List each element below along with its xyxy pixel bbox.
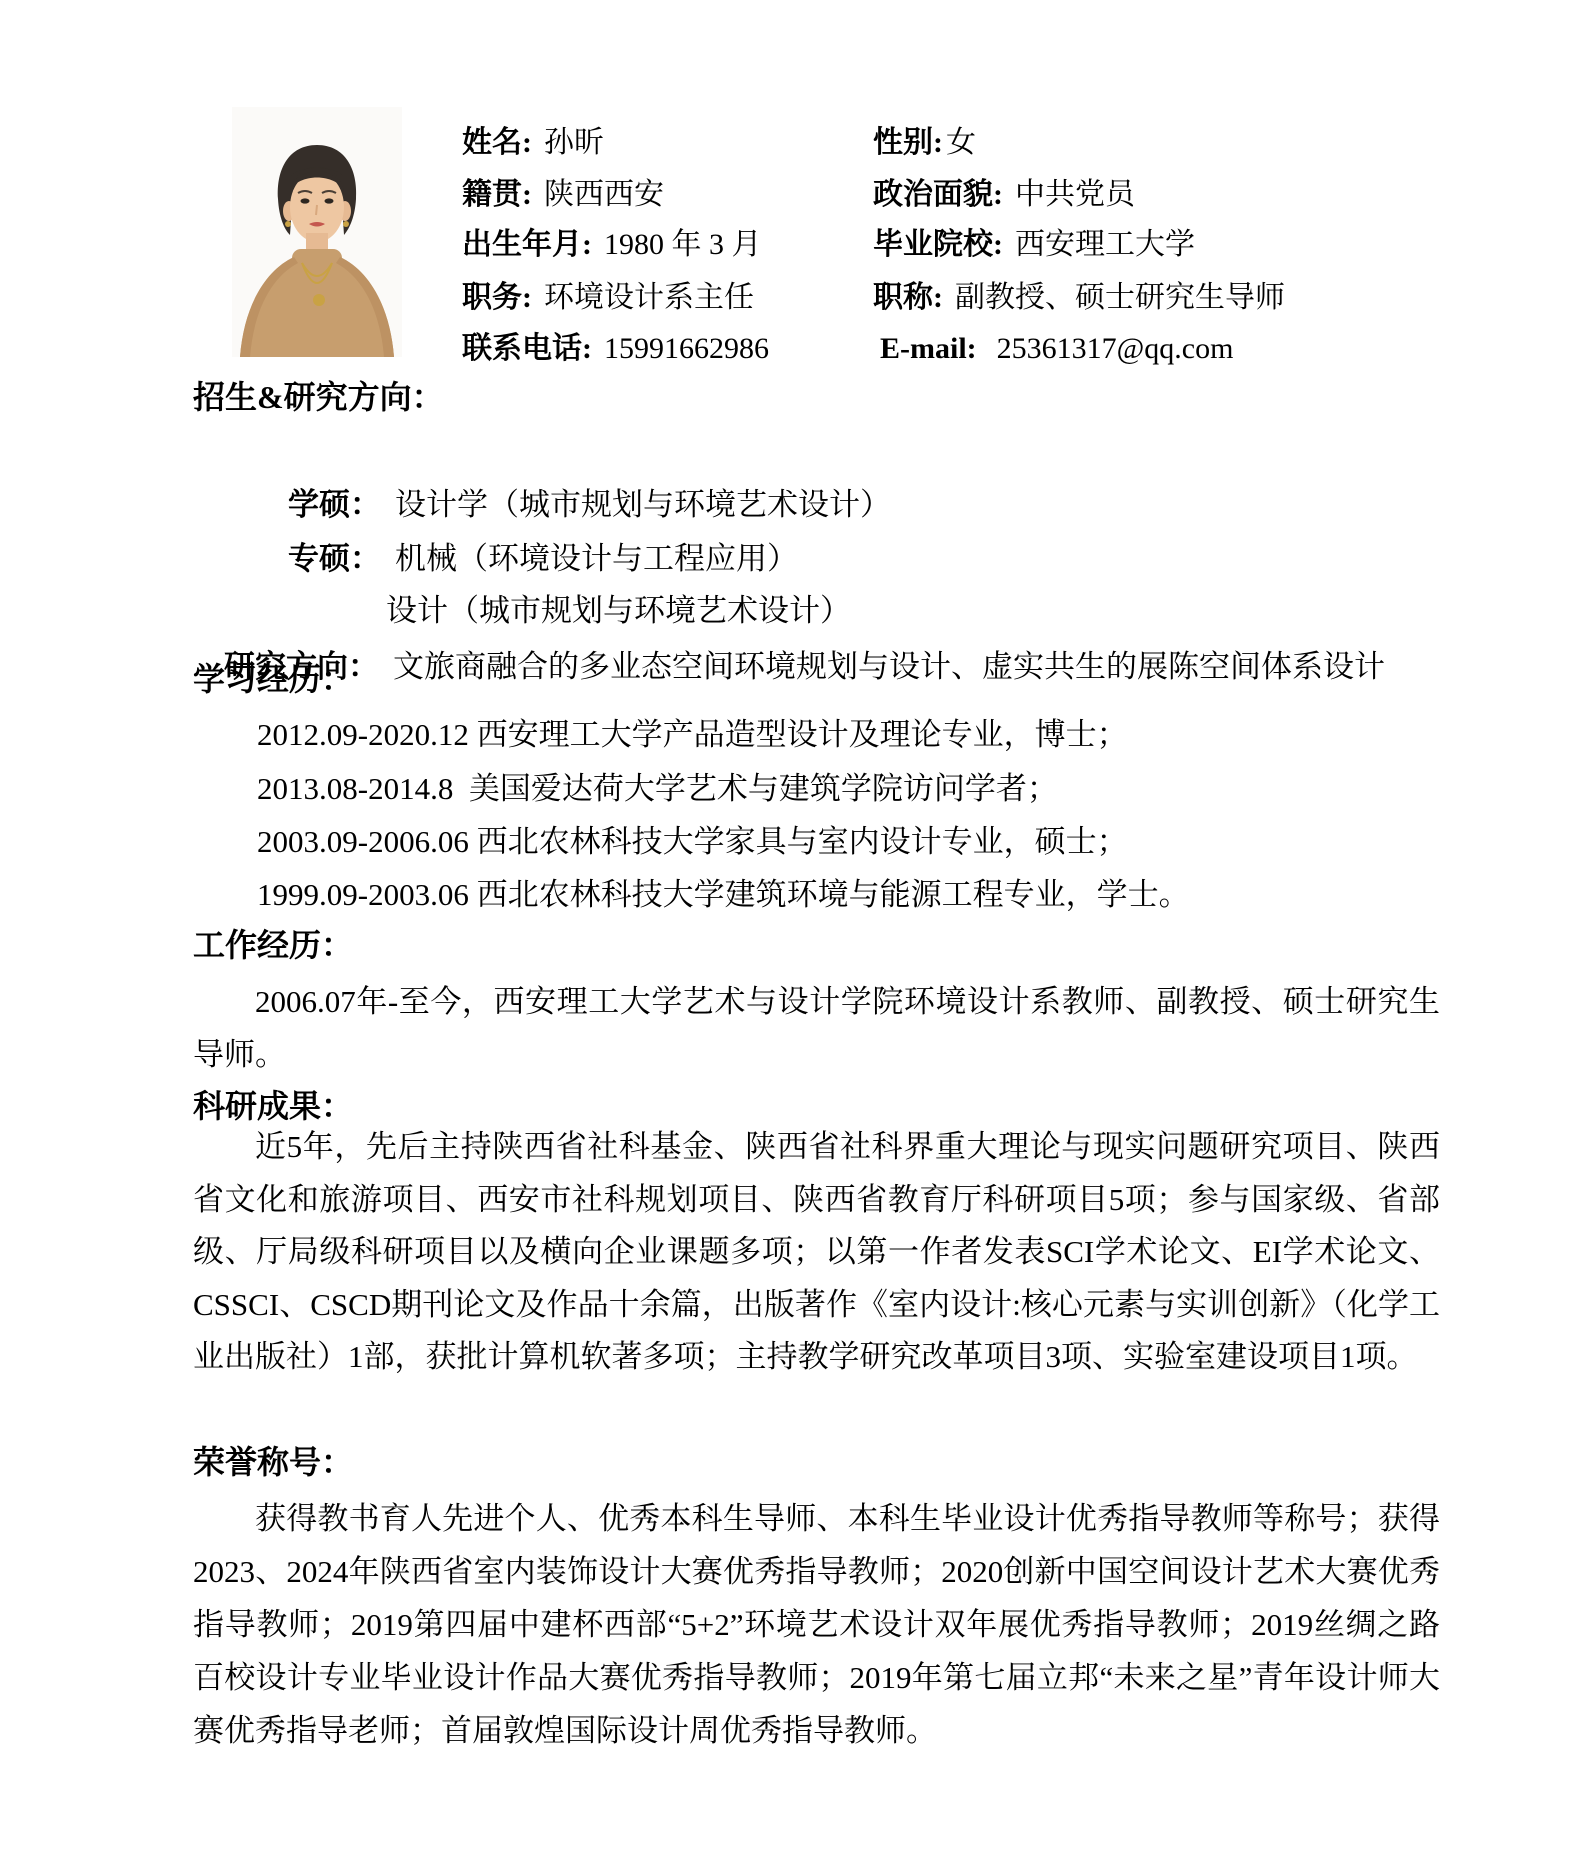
field-gender-value: 女 bbox=[946, 126, 976, 159]
field-email-label: E-mail: bbox=[880, 332, 977, 365]
field-birthdate-label: 出生年月: bbox=[462, 228, 592, 261]
education-item: 2003.09-2006.06 西北农林科技大学家具与室内设计专业，硕士； bbox=[257, 815, 1128, 868]
field-hometown-value: 陕西西安 bbox=[544, 178, 664, 211]
field-phone-value: 15991662986 bbox=[604, 332, 769, 365]
education-heading: 学习经历： bbox=[193, 653, 353, 706]
field-gender-label: 性别: bbox=[873, 126, 943, 159]
field-name-value: 孙昕 bbox=[544, 126, 604, 159]
field-title-value: 副教授、硕士研究生导师 bbox=[955, 281, 1285, 314]
honors-heading: 荣誉称号： bbox=[193, 1436, 353, 1489]
field-email-value: 25361317@qq.com bbox=[997, 332, 1234, 365]
field-name: 姓名:孙昕 bbox=[462, 123, 604, 163]
field-title: 职称:副教授、硕士研究生导师 bbox=[873, 278, 1285, 318]
education-item: 2012.09-2020.12 西安理工大学产品造型设计及理论专业，博士； bbox=[257, 708, 1128, 761]
admissions-heading: 招生&研究方向： bbox=[193, 371, 444, 424]
education-item: 2013.08-2014.8 美国爱达荷大学艺术与建筑学院访问学者； bbox=[257, 762, 1058, 815]
research-direction-text: 文旅商融合的多业态空间环境规划与设计、虚实共生的展陈空间体系设计 bbox=[393, 649, 1385, 684]
field-name-label: 姓名: bbox=[462, 126, 532, 159]
field-title-label: 职称: bbox=[873, 281, 943, 314]
field-political-status-value: 中共党员 bbox=[1015, 178, 1135, 211]
field-political-status-label: 政治面貌: bbox=[873, 178, 1003, 211]
field-email: E-mail:25361317@qq.com bbox=[880, 329, 1233, 369]
field-university-value: 西安理工大学 bbox=[1015, 228, 1195, 261]
field-university-label: 毕业院校: bbox=[873, 228, 1003, 261]
honors-paragraph: 获得教书育人先进个人、优秀本科生导师、本科生毕业设计优秀指导教师等称号；获得20… bbox=[193, 1492, 1440, 1757]
field-gender: 性别:女 bbox=[873, 123, 976, 163]
portrait-illustration bbox=[232, 107, 402, 357]
field-political-status: 政治面貌:中共党员 bbox=[873, 175, 1135, 215]
field-position-label: 职务: bbox=[462, 281, 532, 314]
education-item: 1999.09-2003.06 西北农林科技大学建筑环境与能源工程专业，学士。 bbox=[257, 868, 1190, 921]
research-achievements-paragraph: 近5年，先后主持陕西省社科基金、陕西省社科界重大理论与现实问题研究项目、陕西省文… bbox=[193, 1121, 1440, 1384]
profile-photo bbox=[232, 107, 402, 357]
field-hometown: 籍贯:陕西西安 bbox=[462, 175, 664, 215]
field-phone: 联系电话:15991662986 bbox=[462, 329, 769, 369]
field-position: 职务:环境设计系主任 bbox=[462, 278, 754, 318]
work-paragraph: 2006.07年-至今，西安理工大学艺术与设计学院环境设计系教师、副教授、硕士研… bbox=[193, 975, 1440, 1081]
field-birthdate-value: 1980 年 3 月 bbox=[604, 228, 762, 261]
field-position-value: 环境设计系主任 bbox=[544, 281, 754, 314]
field-hometown-label: 籍贯: bbox=[462, 178, 532, 211]
field-birthdate: 出生年月:1980 年 3 月 bbox=[462, 225, 762, 265]
cv-page: 姓名:孙昕 籍贯:陕西西安 出生年月:1980 年 3 月 职务:环境设计系主任… bbox=[0, 0, 1586, 1871]
field-university: 毕业院校:西安理工大学 bbox=[873, 225, 1195, 265]
work-heading: 工作经历： bbox=[193, 919, 353, 972]
field-phone-label: 联系电话: bbox=[462, 332, 592, 365]
